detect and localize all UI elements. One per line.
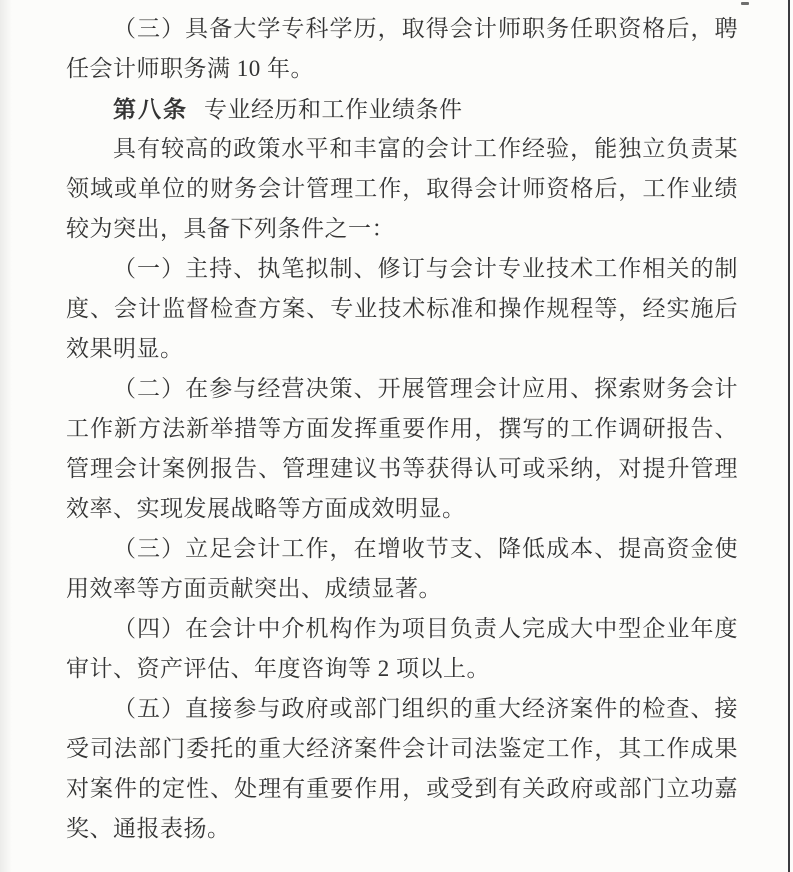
text-line: （三）立足会计工作，在增收节支、降低成本、提高资金使 bbox=[66, 529, 738, 569]
scan-left-shading bbox=[0, 0, 12, 872]
text-line: 领域或单位的财务会计管理工作，取得会计师资格后，工作业绩 bbox=[66, 169, 738, 209]
text-line: 效率、实现发展战略等方面成效明显。 bbox=[66, 489, 738, 529]
article-title: 专业经历和工作业绩条件 bbox=[204, 97, 463, 122]
text-line: （四）在会计中介机构作为项目负责人完成大中型企业年度 bbox=[66, 609, 738, 649]
text-line: （一）主持、执笔拟制、修订与会计专业技术工作相关的制 bbox=[66, 249, 738, 289]
document-body-text: （三）具备大学专科学历，取得会计师职务任职资格后，聘任会计师职务满 10 年。第… bbox=[66, 9, 738, 849]
text-line: （二）在参与经营决策、开展管理会计应用、探索财务会计 bbox=[66, 369, 738, 409]
text-line: 具有较高的政策水平和丰富的会计工作经验，能独立负责某 bbox=[66, 129, 738, 169]
text-line: 度、会计监督检查方案、专业技术标准和操作规程等，经实施后 bbox=[66, 289, 738, 329]
article-heading: 第八条专业经历和工作业绩条件 bbox=[66, 89, 738, 129]
text-line: 对案件的定性、处理有重要作用，或受到有关政府或部门立功嘉 bbox=[66, 769, 738, 809]
article-number: 第八条 bbox=[113, 96, 188, 122]
text-line: 审计、资产评估、年度咨询等 2 项以上。 bbox=[66, 649, 738, 689]
text-line: 管理会计案例报告、管理建议书等获得认可或采纳，对提升管理 bbox=[66, 449, 738, 489]
text-line: 任会计师职务满 10 年。 bbox=[66, 49, 738, 89]
scan-right-edge-line bbox=[788, 0, 790, 872]
scan-artifact-speck bbox=[741, 2, 749, 5]
text-line: 奖、通报表扬。 bbox=[66, 809, 738, 849]
text-line: 用效率等方面贡献突出、成绩显著。 bbox=[66, 569, 738, 609]
text-line: （三）具备大学专科学历，取得会计师职务任职资格后，聘 bbox=[66, 9, 738, 49]
scanned-document-page: （三）具备大学专科学历，取得会计师职务任职资格后，聘任会计师职务满 10 年。第… bbox=[0, 0, 793, 872]
text-line: （五）直接参与政府或部门组织的重大经济案件的检查、接 bbox=[66, 689, 738, 729]
text-line: 较为突出，具备下列条件之一： bbox=[66, 209, 738, 249]
text-line: 受司法部门委托的重大经济案件会计司法鉴定工作，其工作成果 bbox=[66, 729, 738, 769]
text-line: 效果明显。 bbox=[66, 329, 738, 369]
text-line: 工作新方法新举措等方面发挥重要作用，撰写的工作调研报告、 bbox=[66, 409, 738, 449]
